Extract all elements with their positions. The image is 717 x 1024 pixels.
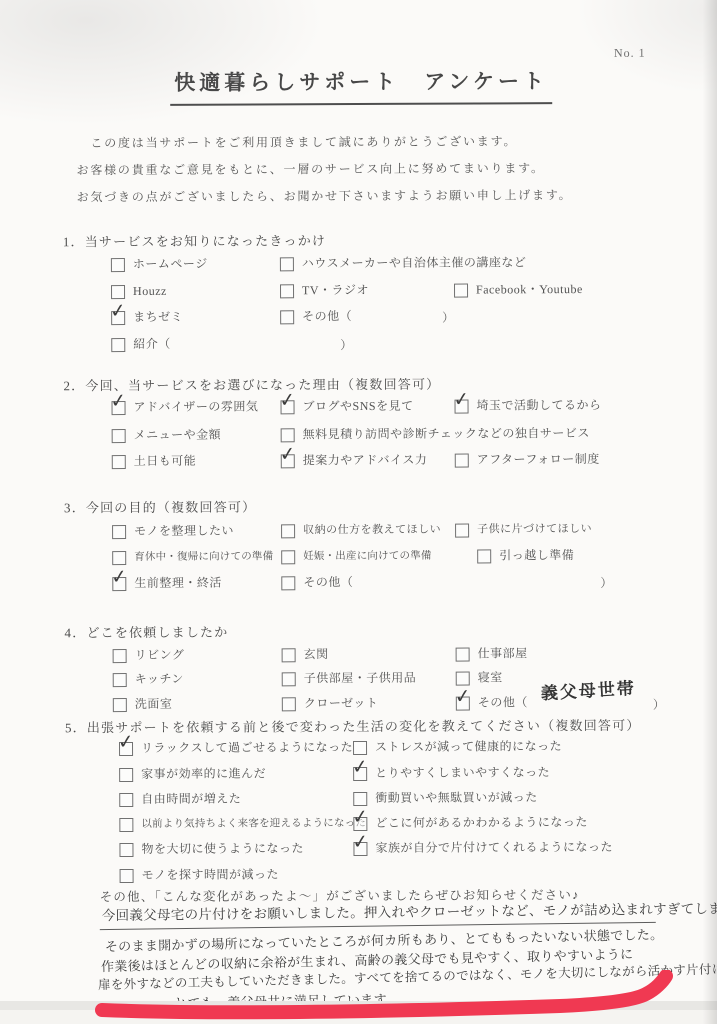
checkbox-unchecked [281, 576, 295, 590]
q4-option-kids-room: 子供部屋・子供用品 [282, 671, 417, 687]
option-label: その他（ [478, 695, 528, 710]
checkbox-unchecked [281, 550, 295, 564]
paren-close: ） [340, 336, 352, 353]
q5-option-free-time: 自由時間が増えた [119, 792, 241, 808]
q1-option-tv-radio: TV・ラジオ [280, 283, 369, 298]
check-mark-icon: ✓ [109, 301, 127, 322]
paren-close: ） [442, 309, 454, 326]
q5-option-search-time: モノを探す時間が減った [120, 867, 279, 883]
q4-option-bedroom: 寝室 [456, 670, 503, 685]
checkbox-unchecked [281, 428, 295, 442]
q4-option-closet: クローゼット [282, 696, 379, 711]
q1-option-houzz: Houzz [111, 284, 167, 299]
option-label: 子供に片づけてほしい [477, 522, 592, 538]
check-mark-icon: ✓ [110, 567, 128, 588]
intro-line-2: お客様の貴重なご意見をもとに、一層のサービス向上に努めてまいります。 [76, 159, 544, 178]
q4-option-workroom: 仕事部屋 [456, 646, 528, 661]
q2-option-saitama: ✓ 埼玉で活動してるから [455, 398, 602, 414]
option-label: リビング [135, 648, 185, 663]
option-label: 無料見積り訪問や診断チェックなどの独自サービス [303, 426, 590, 442]
option-label: まちゼミ [133, 310, 183, 325]
checkbox-unchecked [455, 454, 469, 468]
option-label: 土日も可能 [134, 454, 197, 469]
q3-option-pregnancy: 妊娠・出産に向けての準備 [281, 549, 431, 565]
q3-option-maternity-return: 育休中・復帰に向けての準備 [112, 549, 273, 565]
checkbox-checked: ✓ [353, 817, 367, 831]
checkbox-unchecked [282, 648, 296, 662]
option-label: リラックスして過ごせるようになった [141, 740, 353, 756]
option-label: クローゼット [304, 696, 379, 711]
q3-heading: 3．今回の目的（複数回答可） [64, 496, 256, 516]
checkbox-unchecked [112, 525, 126, 539]
checkbox-checked: ✓ [111, 311, 125, 325]
checkbox-unchecked [119, 843, 133, 857]
checkbox-checked: ✓ [455, 400, 469, 414]
option-label: 育休中・復帰に向けての準備 [134, 549, 273, 565]
check-mark-icon: ✓ [351, 832, 369, 853]
q3-option-moving: 引っ越し準備 [477, 548, 574, 563]
checkbox-checked: ✓ [353, 842, 367, 856]
option-label: 家族が自分で片付けてくれるようになった [375, 840, 613, 856]
q4-handwritten-answer: 義父母世帯 [540, 674, 636, 704]
checkbox-unchecked [280, 310, 294, 324]
checkbox-checked: ✓ [281, 400, 295, 414]
checkbox-unchecked [477, 549, 491, 563]
checkbox-unchecked [111, 338, 125, 352]
q4-option-entrance: 玄関 [282, 647, 329, 662]
checkbox-checked: ✓ [281, 454, 295, 468]
intro-line-3: お気づきの点がございましたら、お聞かせ下さいますようお願い申し上げます。 [77, 186, 573, 205]
option-label: 衝動買いや無駄買いが減った [375, 790, 538, 806]
q1-option-other: その他（ [280, 309, 352, 324]
checkbox-unchecked [455, 524, 469, 538]
checkbox-unchecked [113, 649, 127, 663]
q5-option-cherish: 物を大切に使うようになった [119, 841, 304, 857]
check-mark-icon: ✓ [351, 807, 369, 828]
option-label: Houzz [133, 284, 167, 299]
checkbox-unchecked [111, 285, 125, 299]
q2-option-proposal: ✓ 提案力やアドバイス力 [281, 453, 428, 469]
q2-option-menu-price: メニューや金額 [112, 428, 222, 443]
option-label: 妊娠・出産に向けての準備 [303, 549, 431, 565]
q1-option-facebook-youtube: Facebook・Youtube [454, 282, 583, 298]
checkbox-checked: ✓ [119, 742, 133, 756]
checkbox-unchecked [280, 257, 294, 271]
checkbox-unchecked [456, 672, 470, 686]
checkbox-unchecked [113, 698, 127, 712]
option-label: モノを整理したい [134, 524, 234, 539]
checkbox-unchecked [111, 258, 125, 272]
q4-option-other: ✓ その他（ [456, 695, 528, 710]
option-label: 提案力やアドバイス力 [303, 453, 428, 469]
scanned-survey-page: No. 1 快適暮らしサポート アンケート この度は当サポートをご利用頂きまして… [0, 0, 717, 1024]
intro-line-1: この度は当サポートをご利用頂きまして誠にありがとうございます。 [90, 132, 517, 151]
option-label: TV・ラジオ [302, 283, 369, 298]
option-label: Facebook・Youtube [476, 282, 583, 297]
checkbox-checked: ✓ [456, 697, 470, 711]
option-label: ブログやSNSを見て [303, 399, 414, 414]
option-label: 玄関 [304, 647, 329, 662]
option-label: アドバイザーの雰囲気 [134, 399, 259, 415]
option-label: 収納の仕方を教えてほしい [303, 523, 441, 539]
checkbox-unchecked [113, 673, 127, 687]
red-marker-underline [90, 970, 682, 1024]
option-label: ホームページ [133, 257, 208, 272]
q3-option-kids-tidy: 子供に片づけてほしい [455, 522, 592, 538]
option-label: メニューや金額 [134, 428, 222, 443]
q1-option-machizemi: ✓ まちゼミ [111, 310, 183, 325]
q4-option-washroom: 洗面室 [113, 697, 173, 712]
checkbox-unchecked [112, 455, 126, 469]
check-mark-icon: ✓ [117, 732, 135, 753]
option-label: 家事が効率的に進んだ [141, 766, 266, 782]
q4-heading: 4．どこを依頼しましたか [64, 622, 228, 642]
q2-option-atmosphere: ✓ アドバイザーの雰囲気 [112, 399, 259, 415]
checkbox-unchecked [454, 284, 468, 298]
option-label: その他（ [302, 309, 352, 324]
option-label: 自由時間が増えた [141, 792, 241, 807]
check-mark-icon: ✓ [279, 390, 297, 411]
paper-content: No. 1 快適暮らしサポート アンケート この度は当サポートをご利用頂きまして… [0, 0, 717, 1024]
checkbox-checked: ✓ [112, 577, 126, 591]
option-label: 以前より気持ちよく来客を迎えるようになった [141, 816, 366, 832]
q2-option-blog-sns: ✓ ブログやSNSを見て [281, 399, 414, 415]
option-label: キッチン [135, 672, 184, 687]
q4-option-kitchen: キッチン [113, 672, 184, 687]
paren-close: ） [653, 696, 665, 713]
q5-heading: 5．出張サポートを依頼する前と後で変わった生活の変化を教えてください（複数回答可… [65, 715, 641, 737]
checkbox-unchecked [353, 741, 367, 755]
option-label: 紹介（ [133, 337, 171, 352]
option-label: ハウスメーカーや自治体主催の講座など [302, 255, 526, 271]
check-mark-icon: ✓ [351, 757, 369, 778]
check-mark-icon: ✓ [279, 444, 297, 465]
checkbox-unchecked [281, 524, 295, 538]
option-label: とりやすくしまいやすくなった [375, 765, 550, 781]
option-label: 寝室 [478, 670, 503, 685]
checkbox-unchecked [112, 429, 126, 443]
q1-option-homepage: ホームページ [111, 257, 208, 272]
option-label: どこに何があるかわかるようになった [375, 815, 588, 831]
q2-option-after-follow: アフターフォロー制度 [455, 452, 600, 468]
checkbox-unchecked [112, 551, 126, 565]
checkbox-checked: ✓ [112, 401, 126, 415]
q3-option-organize: モノを整理したい [112, 524, 234, 540]
paren-close: ） [600, 574, 612, 591]
option-label: 埼玉で活動してるから [477, 398, 602, 414]
q3-option-seizen: ✓ 生前整理・終活 [112, 576, 222, 591]
option-label: 子供部屋・子供用品 [304, 671, 417, 686]
checkbox-unchecked [119, 818, 133, 832]
page-number: No. 1 [614, 46, 646, 61]
option-label: その他（ [303, 575, 353, 590]
q3-option-other: その他（ [281, 575, 353, 590]
q3-option-storage-howto: 収納の仕方を教えてほしい [281, 523, 441, 539]
q1-option-referral: 紹介（ [111, 337, 171, 352]
checkbox-unchecked [119, 768, 133, 782]
q5-option-family-tidy: ✓ 家族が自分で片付けてくれるようになった [353, 840, 613, 856]
checkbox-unchecked [119, 793, 133, 807]
q1-option-housemaker: ハウスメーカーや自治体主催の講座など [280, 255, 526, 271]
q2-option-weekend: 土日も可能 [112, 454, 197, 469]
q5-option-know-where: ✓ どこに何があるかわかるようになった [353, 815, 588, 831]
check-mark-icon: ✓ [453, 390, 471, 411]
checkbox-unchecked [120, 869, 134, 883]
checkbox-unchecked [353, 792, 367, 806]
option-label: 物を大切に使うようになった [141, 841, 304, 857]
q5-option-relax: ✓ リラックスして過ごせるようになった [119, 740, 353, 756]
q5-option-impulse: 衝動買いや無駄買いが減った [353, 790, 538, 806]
option-label: 生前整理・終活 [134, 576, 222, 591]
option-label: 洗面室 [135, 697, 173, 712]
q4-option-living: リビング [113, 648, 185, 663]
checkbox-checked: ✓ [353, 767, 367, 781]
option-label: アフターフォロー制度 [477, 452, 600, 468]
check-mark-icon: ✓ [454, 687, 472, 708]
q5-option-housework: 家事が効率的に進んだ [119, 766, 266, 782]
check-mark-icon: ✓ [110, 391, 128, 412]
checkbox-unchecked [282, 697, 296, 711]
q5-option-stress: ストレスが減って健康的になった [353, 739, 562, 755]
q5-option-easy-access: ✓ とりやすくしまいやすくなった [353, 765, 550, 781]
checkbox-unchecked [280, 284, 294, 298]
q2-option-free-estimate: 無料見積り訪問や診断チェックなどの独自サービス [281, 426, 590, 442]
checkbox-unchecked [282, 672, 296, 686]
page-title: 快適暮らしサポート アンケート [170, 65, 552, 106]
q1-heading: 1．当サービスをお知りになったきっかけ [63, 230, 326, 250]
option-label: ストレスが減って健康的になった [375, 739, 562, 755]
checkbox-unchecked [456, 648, 470, 662]
option-label: モノを探す時間が減った [142, 867, 279, 883]
option-label: 仕事部屋 [478, 646, 528, 661]
q5-option-guests: 以前より気持ちよく来客を迎えるようになった [119, 816, 366, 832]
option-label: 引っ越し準備 [499, 548, 574, 563]
